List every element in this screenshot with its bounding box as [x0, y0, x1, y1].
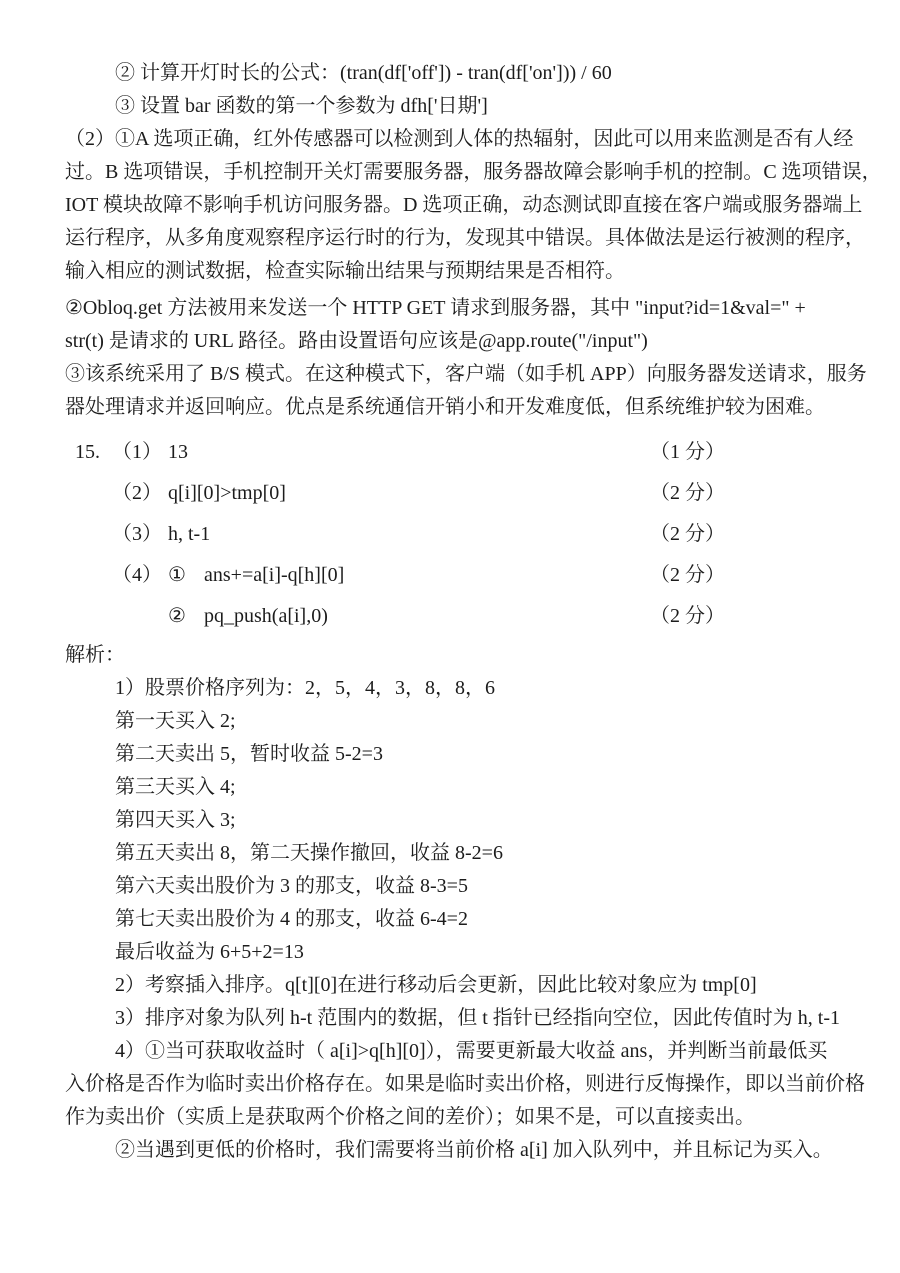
q15-row4-sub-label: ① [168, 555, 204, 596]
q15-answer-row-3: （3） h, t-1 （2 分） [65, 514, 850, 555]
q14-part2-line-2: 过。B 选项错误，手机控制开关灯需要服务器，服务器故障会影响手机的控制。C 选项… [65, 156, 850, 189]
analysis-p1-line-2: 第一天买入 2; [65, 705, 850, 738]
q15-row4-score: （2 分） [650, 555, 725, 596]
analysis-p1-line-8: 第七天卖出股价为 4 的那支，收益 6-4=2 [65, 903, 850, 936]
q14-part2-sub3-line-2: 器处理请求并返回响应。优点是系统通信开销小和开发难度低，但系统维护较为困难。 [65, 391, 850, 424]
row-number-spacer [75, 514, 112, 555]
row-number-spacer [75, 596, 112, 637]
q15-row1-answer: 13 [168, 432, 188, 473]
row-number-spacer [75, 473, 112, 514]
q14-part2-line-3: IOT 模块故障不影响手机访问服务器。D 选项正确，动态测试即直接在客户端或服务… [65, 189, 850, 222]
q15-question-number: 15. [75, 432, 112, 473]
q14-step-line-2: ② 计算开灯时长的公式：(tran(df['off']) - tran(df['… [65, 57, 850, 90]
analysis-p1-line-3: 第二天卖出 5，暂时收益 5-2=3 [65, 738, 850, 771]
analysis-p1-line-5: 第四天买入 3; [65, 804, 850, 837]
analysis-section: 解析： 1）股票价格序列为：2，5，4，3，8，8，6 第一天买入 2; 第二天… [65, 639, 850, 1167]
q15-row1-label: （1） [112, 432, 168, 473]
q14-part2-sub2-line-1: ②Obloq.get 方法被用来发送一个 HTTP GET 请求到服务器，其中 … [65, 292, 850, 325]
answer-sheet-page: ② 计算开灯时长的公式：(tran(df['off']) - tran(df['… [0, 0, 900, 1273]
analysis-p1-line-4: 第三天买入 4; [65, 771, 850, 804]
analysis-p2-line: 2）考察插入排序。q[t][0]在进行移动后会更新，因此比较对象应为 tmp[0… [65, 969, 850, 1002]
q15-row2-answer: q[i][0]>tmp[0] [168, 473, 286, 514]
q14-part2-sub2-line-2: str(t) 是请求的 URL 路径。路由设置语句应该是@app.route("… [65, 325, 850, 358]
q15-answer-row-4: （4） ① ans+=a[i]-q[h][0] （2 分） [65, 555, 850, 596]
q14-step-line-3: ③ 设置 bar 函数的第一个参数为 dfh['日期'] [65, 90, 850, 123]
q15-row4-label: （4） [112, 555, 168, 596]
row-label-spacer [112, 596, 168, 637]
analysis-p4-sub2-line: ②当遇到更低的价格时，我们需要将当前价格 a[i] 加入队列中，并且标记为买入。 [65, 1134, 850, 1167]
analysis-p4-line-2: 入价格是否作为临时卖出价格存在。如果是临时卖出价格，则进行反悔操作，即以当前价格 [65, 1068, 850, 1101]
analysis-p4-line-3: 作为卖出价（实质上是获取两个价格之间的差价）；如果不是，可以直接卖出。 [65, 1101, 850, 1134]
q14-steps-section: ② 计算开灯时长的公式：(tran(df['off']) - tran(df['… [65, 57, 850, 123]
q15-row5-answer: pq_push(a[i],0) [204, 596, 328, 637]
q14-part2-line-1: （2）①A 选项正确，红外传感器可以检测到人体的热辐射，因此可以用来监测是否有人… [65, 123, 850, 156]
q15-answer-row-5: ② pq_push(a[i],0) （2 分） [65, 596, 850, 637]
analysis-heading: 解析： [65, 639, 850, 672]
q14-part2-sub3-line-1: ③该系统采用了 B/S 模式。在这种模式下，客户端（如手机 APP）向服务器发送… [65, 358, 850, 391]
analysis-p1-line-7: 第六天卖出股价为 3 的那支，收益 8-3=5 [65, 870, 850, 903]
analysis-p1-line-6: 第五天卖出 8，第二天操作撤回，收益 8-2=6 [65, 837, 850, 870]
q14-part2-line-4: 运行程序，从多角度观察程序运行时的行为，发现其中错误。具体做法是运行被测的程序， [65, 222, 850, 255]
q15-row3-score: （2 分） [650, 514, 725, 555]
q15-answers-section: 15. （1） 13 （1 分） （2） q[i][0]>tmp[0] （2 分… [65, 432, 850, 637]
q14-part2-line-5: 输入相应的测试数据，检查实际输出结果与预期结果是否相符。 [65, 255, 850, 288]
q15-row1-score: （1 分） [650, 432, 725, 473]
q15-row4-answer: ans+=a[i]-q[h][0] [204, 555, 344, 596]
q14-part2-paragraph: （2）①A 选项正确，红外传感器可以检测到人体的热辐射，因此可以用来监测是否有人… [65, 123, 850, 288]
analysis-p3-line: 3）排序对象为队列 h-t 范围内的数据，但 t 指针已经指向空位，因此传值时为… [65, 1002, 850, 1035]
analysis-p1-line-9: 最后收益为 6+5+2=13 [65, 936, 850, 969]
q15-row3-label: （3） [112, 514, 168, 555]
q14-part2-sub-answers: ②Obloq.get 方法被用来发送一个 HTTP GET 请求到服务器，其中 … [65, 292, 850, 424]
q15-answer-row-1: 15. （1） 13 （1 分） [65, 432, 850, 473]
q15-row2-label: （2） [112, 473, 168, 514]
q15-answer-row-2: （2） q[i][0]>tmp[0] （2 分） [65, 473, 850, 514]
q15-row2-score: （2 分） [650, 473, 725, 514]
q15-row3-answer: h, t-1 [168, 514, 210, 555]
analysis-p1-line-1: 1）股票价格序列为：2，5，4，3，8，8，6 [65, 672, 850, 705]
q15-row5-sub-label: ② [168, 596, 204, 637]
analysis-p4-line-1: 4）①当可获取收益时（ a[i]>q[h][0]），需要更新最大收益 ans，并… [65, 1035, 850, 1068]
row-number-spacer [75, 555, 112, 596]
q15-row5-score: （2 分） [650, 596, 725, 637]
